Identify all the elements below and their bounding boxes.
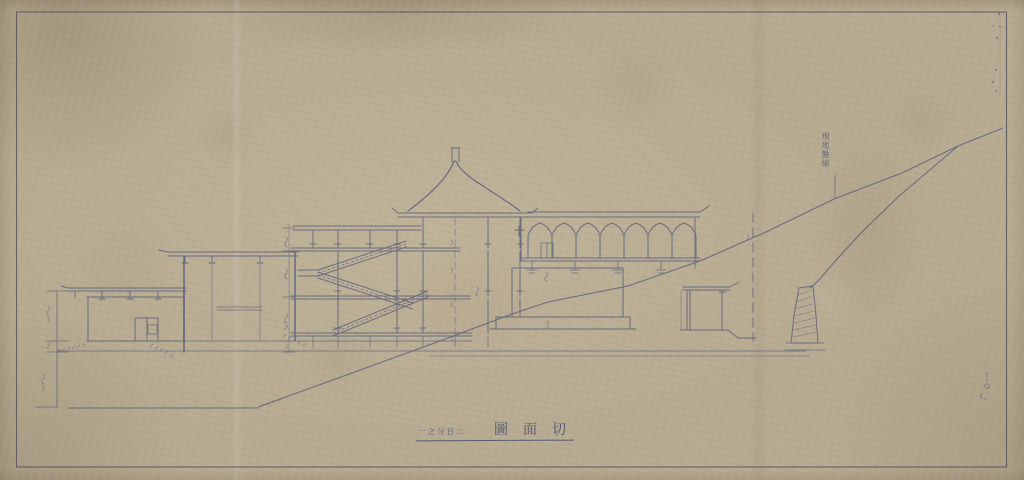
title-block: 一之分百二 圖面切 (414, 417, 580, 443)
stair-flights (298, 241, 428, 336)
blueprint-sheet: 現地盤線 一之分百二 圖面切 (0, 0, 1024, 480)
datum-lines (57, 351, 810, 408)
ground-line-label: 現地盤線 (820, 132, 831, 168)
roof-finial (451, 148, 460, 162)
central-platform (476, 268, 636, 329)
border-frame (17, 12, 1007, 467)
hill-slope-line (810, 146, 958, 288)
title-underline (416, 440, 574, 442)
scale-label: 一之分百二 (418, 426, 466, 437)
stair-hall (87, 226, 472, 347)
section-dashed-line (747, 213, 753, 341)
grade-line (258, 128, 1003, 407)
section-drawing (0, 0, 1024, 480)
right-pavilion (680, 282, 756, 338)
margin-marks-bottom-right (981, 372, 989, 400)
retaining-wall (785, 286, 825, 350)
right-wing (515, 206, 709, 273)
left-wing (57, 286, 186, 352)
drawing-title: 圖面切 (494, 419, 581, 439)
margin-marks-top-right (992, 13, 1001, 92)
